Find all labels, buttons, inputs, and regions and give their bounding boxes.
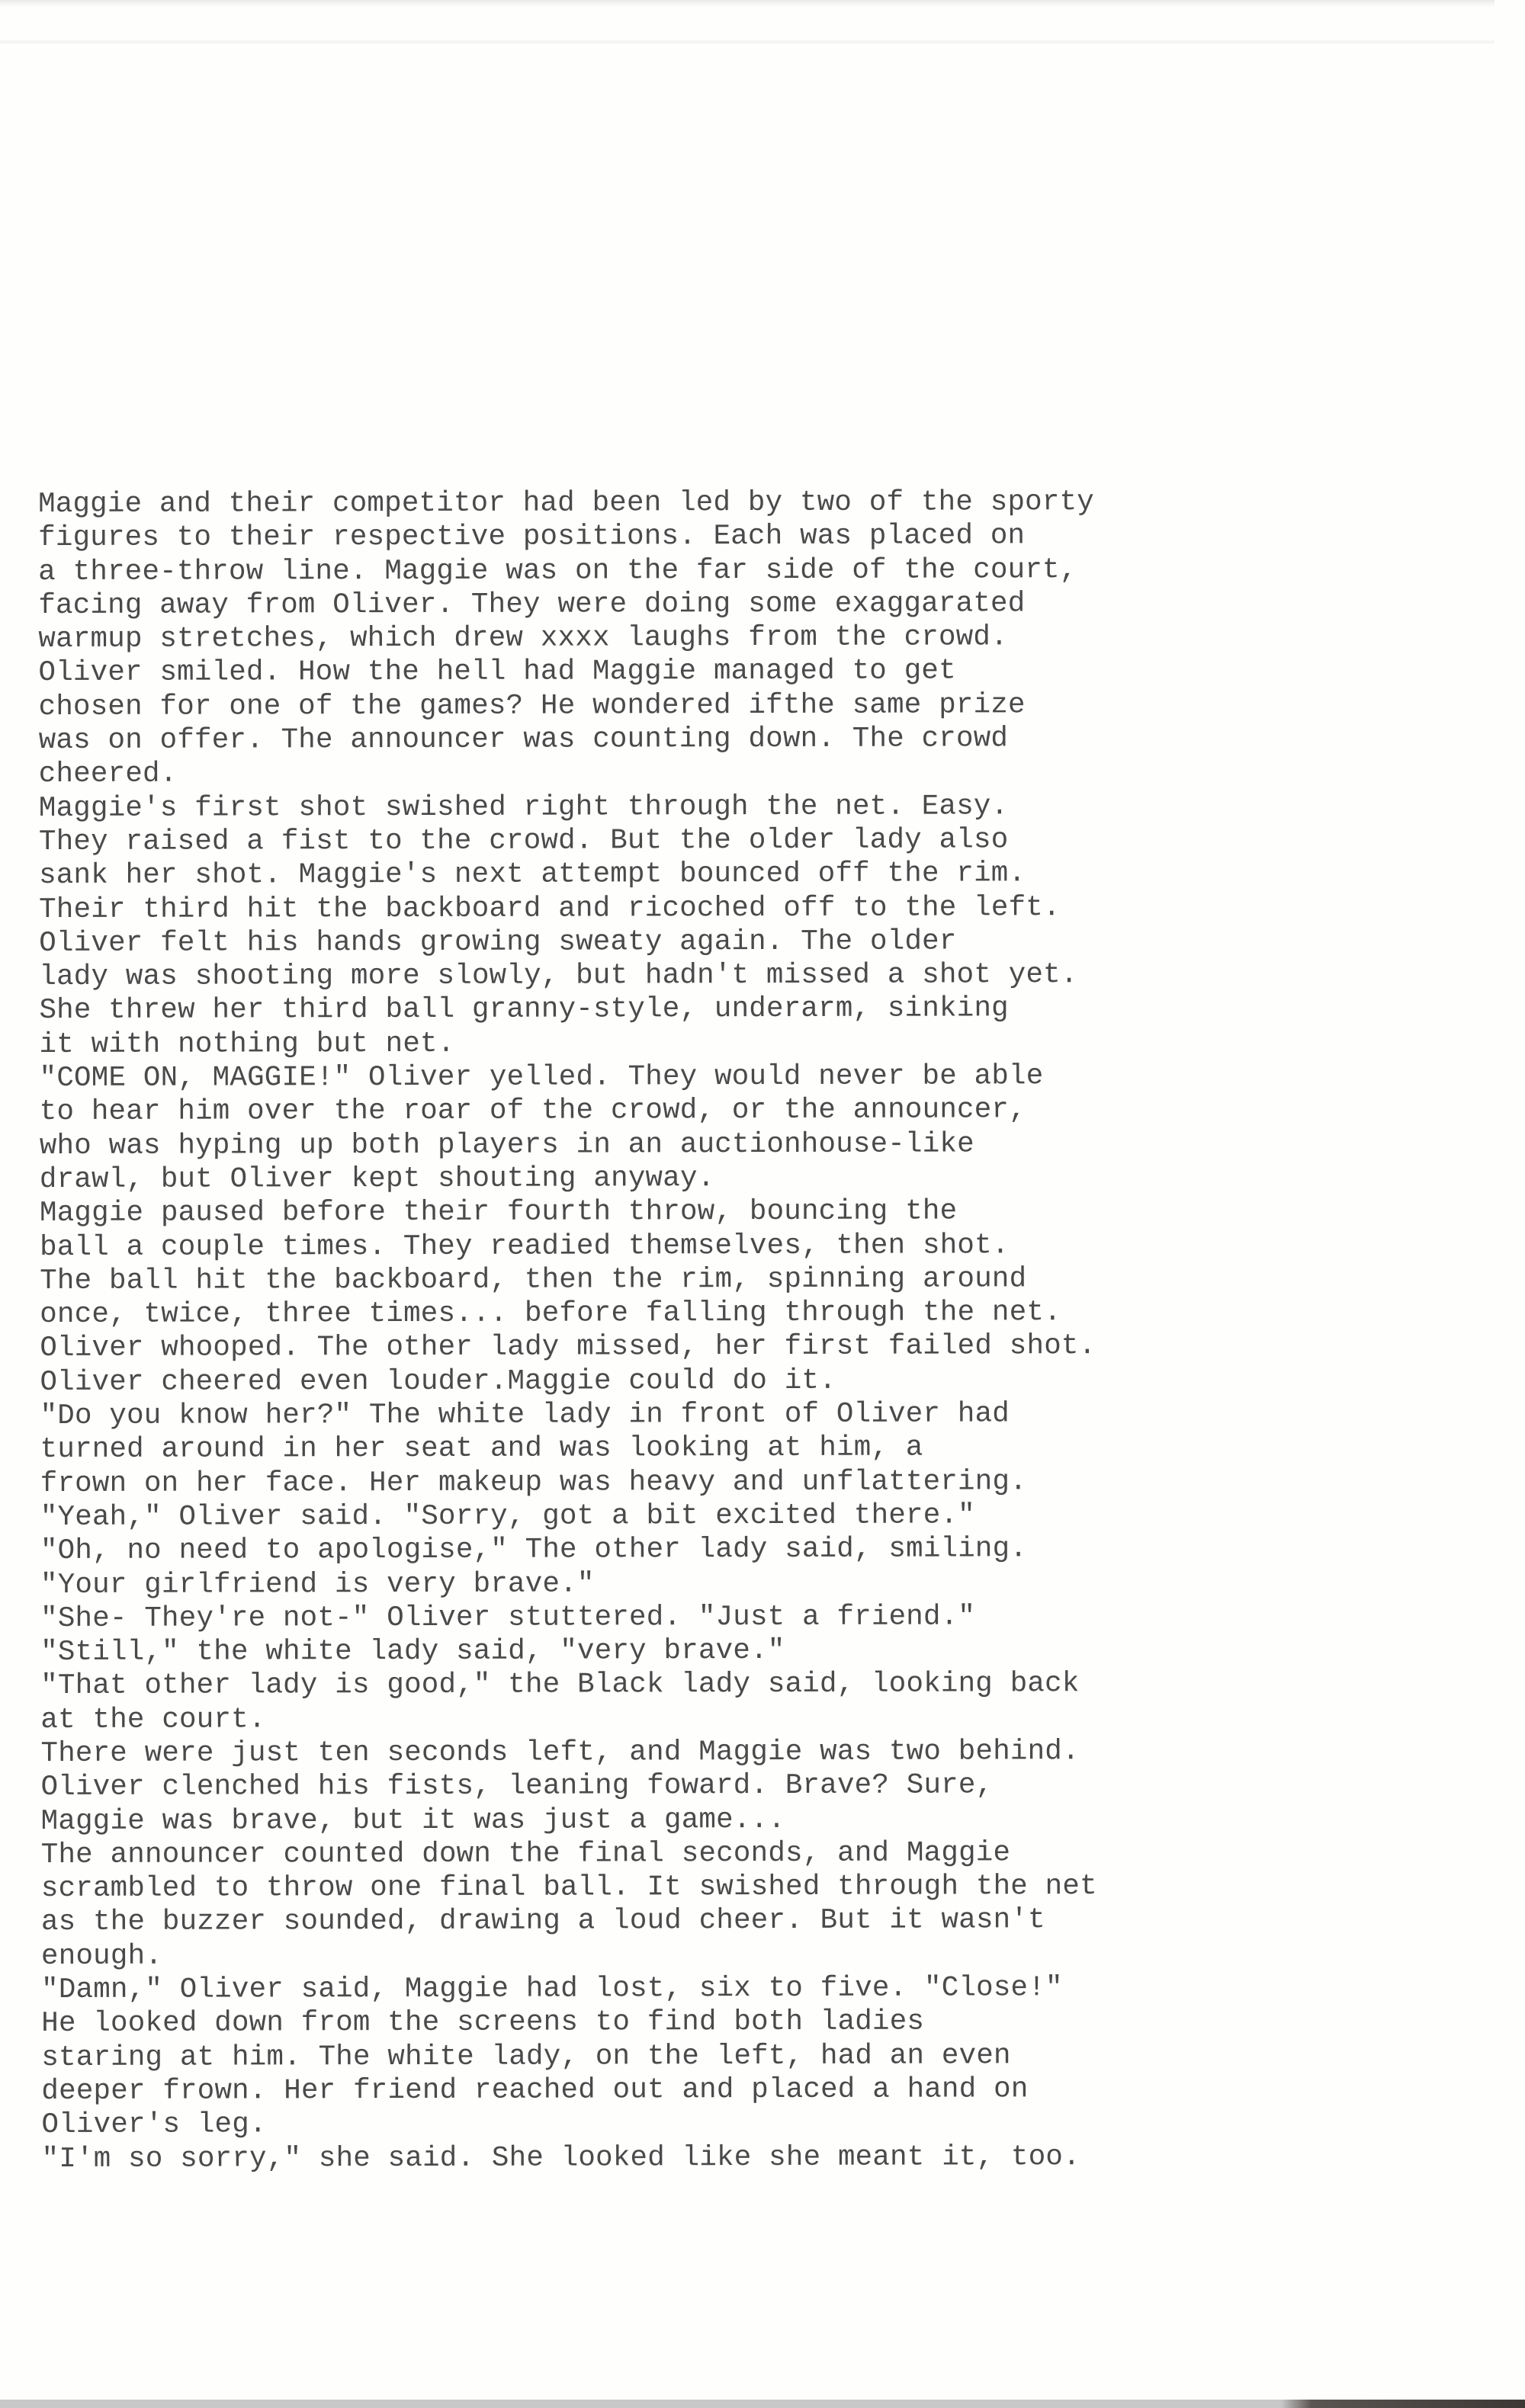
text-line: chosen for one of the games? He wondered…	[39, 688, 1350, 724]
text-line: it with nothing but net.	[39, 1025, 1350, 1062]
text-line: Oliver felt his hands growing sweaty aga…	[39, 924, 1350, 960]
text-line: was on offer. The announcer was counting…	[39, 721, 1350, 758]
text-line: Maggie's first shot swished right throug…	[39, 789, 1350, 826]
paper-top-edge	[0, 0, 1494, 8]
text-line: frown on her face. Her makeup was heavy …	[40, 1464, 1352, 1501]
text-line: drawl, but Oliver kept shouting anyway.	[40, 1160, 1351, 1197]
text-line: Their third hit the backboard and ricoch…	[39, 890, 1350, 927]
text-line: She threw her third ball granny-style, u…	[39, 992, 1350, 1028]
text-line: figures to their respective positions. E…	[38, 519, 1350, 556]
text-line: Maggie was brave, but it was just a game…	[41, 1802, 1353, 1839]
text-line: There were just ten seconds left, and Ma…	[40, 1734, 1352, 1771]
text-line: Oliver smiled. How the hell had Maggie m…	[38, 654, 1350, 691]
text-line: "Oh, no need to apologise," The other la…	[40, 1532, 1352, 1569]
paper-page: Maggie and their competitor had been led…	[0, 0, 1525, 2408]
text-line: enough.	[41, 1937, 1353, 1974]
typed-text-body: Maggie and their competitor had been led…	[38, 485, 1353, 2176]
text-line: Oliver whooped. The other lady missed, h…	[40, 1329, 1351, 1366]
text-line: cheered.	[39, 755, 1350, 792]
text-line: who was hyping up both players in an auc…	[40, 1127, 1351, 1163]
text-line: Maggie paused before their fourth throw,…	[40, 1194, 1351, 1231]
text-line: They raised a fist to the crowd. But the…	[39, 822, 1350, 859]
text-line: scrambled to throw one final ball. It sw…	[41, 1870, 1353, 1906]
text-line: "COME ON, MAGGIE!" Oliver yelled. They w…	[40, 1059, 1351, 1095]
text-line: "Still," the white lady said, "very brav…	[40, 1633, 1352, 1669]
text-line: He looked down from the screens to find …	[41, 2005, 1353, 2041]
text-line: "I'm so sorry," she said. She looked lik…	[42, 2140, 1353, 2176]
text-line: lady was shooting more slowly, but hadn'…	[39, 958, 1350, 995]
text-line: "Damn," Oliver said, Maggie had lost, si…	[41, 1970, 1353, 2007]
paper-fold-line	[0, 40, 1494, 44]
text-line: at the court.	[40, 1701, 1352, 1737]
text-line: The announcer counted down the final sec…	[41, 1836, 1353, 1872]
text-line: warmup stretches, which drew xxxx laughs…	[38, 620, 1350, 657]
text-line: to hear him over the roar of the crowd, …	[40, 1093, 1351, 1130]
text-line: deeper frown. Her friend reached out and…	[41, 2072, 1353, 2108]
text-line: as the buzzer sounded, drawing a loud ch…	[41, 1903, 1353, 1940]
text-line: "That other lady is good," the Black lad…	[40, 1667, 1352, 1704]
text-line: a three-throw line. Maggie was on the fa…	[38, 553, 1350, 589]
text-line: Oliver's leg.	[41, 2106, 1353, 2143]
text-line: "Your girlfriend is very brave."	[40, 1566, 1352, 1602]
text-line: Oliver clenched his fists, leaning fowar…	[41, 1768, 1353, 1805]
text-line: sank her shot. Maggie's next attempt bou…	[39, 857, 1350, 893]
text-line: staring at him. The white lady, on the l…	[41, 2038, 1353, 2075]
text-line: once, twice, three times... before falli…	[40, 1296, 1351, 1332]
text-line: ball a couple times. They readied themse…	[40, 1228, 1351, 1265]
text-line: Maggie and their competitor had been led…	[38, 485, 1350, 521]
text-line: "Yeah," Oliver said. "Sorry, got a bit e…	[40, 1498, 1352, 1534]
text-line: The ball hit the backboard, then the rim…	[40, 1262, 1351, 1298]
text-line: "Do you know her?" The white lady in fro…	[40, 1396, 1352, 1433]
text-line: Oliver cheered even louder.Maggie could …	[40, 1363, 1351, 1400]
paper-bottom-edge	[0, 2400, 1525, 2408]
text-line: turned around in her seat and was lookin…	[40, 1431, 1352, 1467]
text-line: facing away from Oliver. They were doing…	[38, 586, 1350, 623]
text-line: "She- They're not-" Oliver stuttered. "J…	[40, 1599, 1352, 1636]
